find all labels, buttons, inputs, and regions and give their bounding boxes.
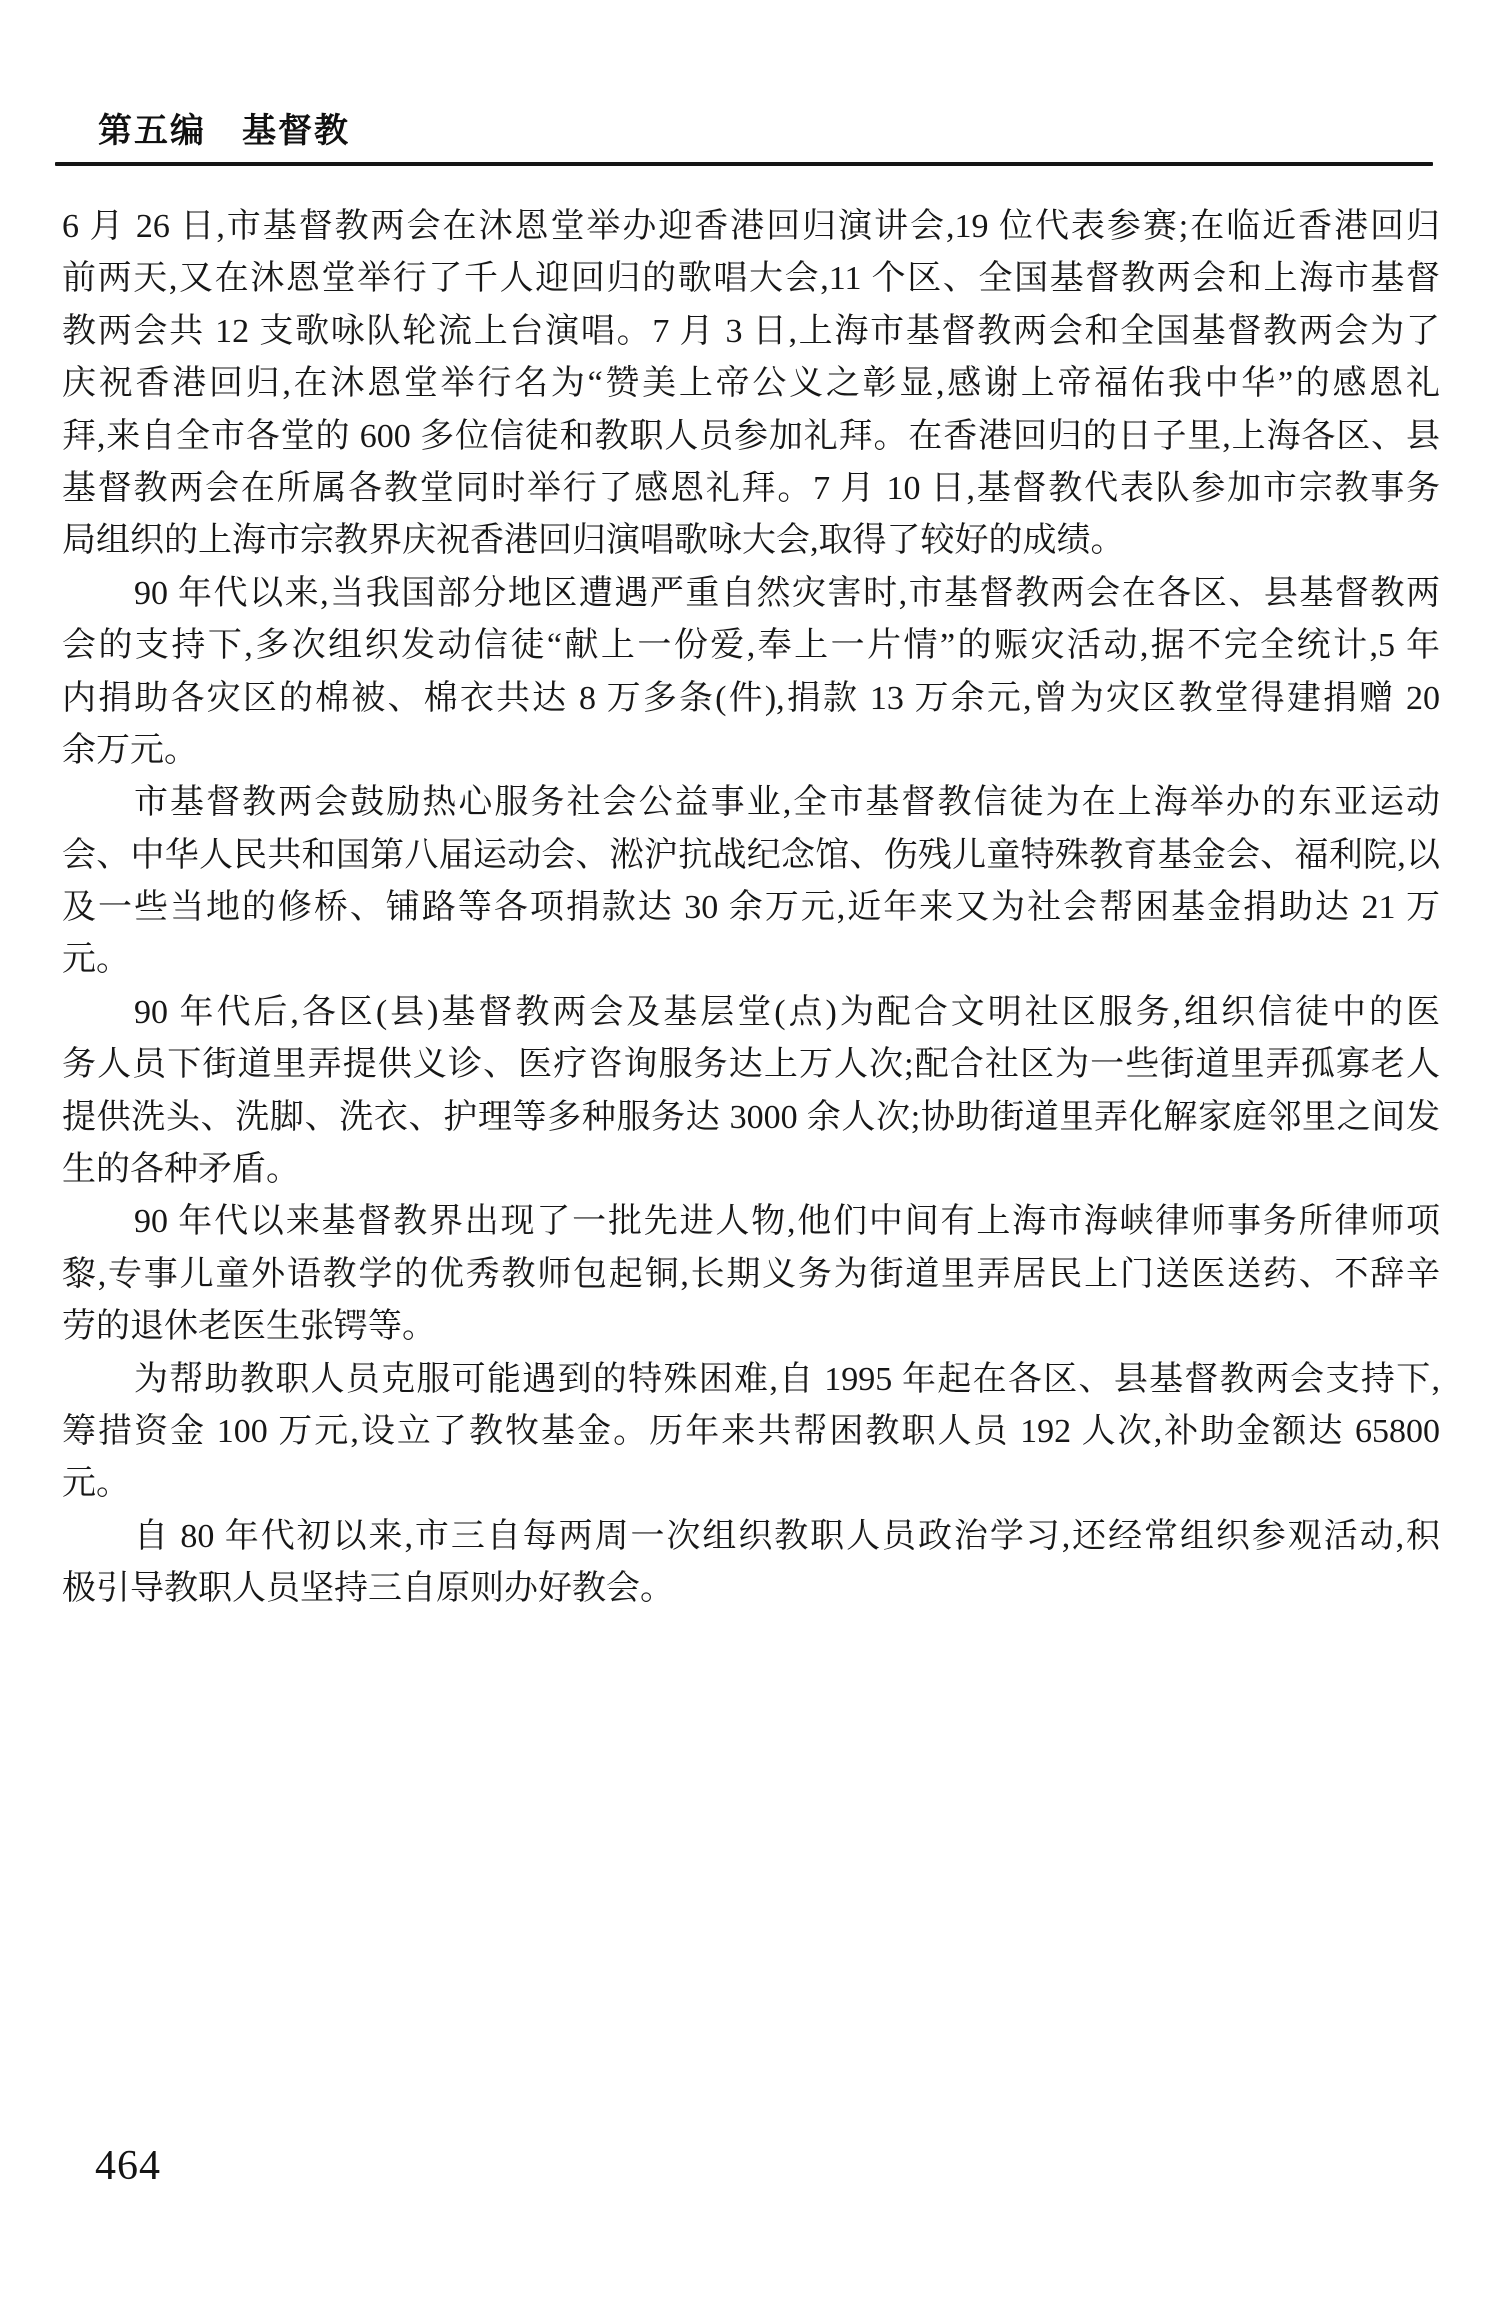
text-line: 提供洗头、洗脚、洗衣、护理等多种服务达 3000 余人次;协助街道里弄化解家庭邻… [62,1092,1440,1144]
running-header: 第五编 基督教 [98,112,350,152]
text-line: 90 年代后,各区(县)基督教两会及基层堂(点)为配合文明社区服务,组织信徒中的… [62,987,1440,1039]
text-line: 90 年代以来基督教界出现了一批先进人物,他们中间有上海市海峡律师事务所律师项 [62,1196,1440,1248]
text-line: 内捐助各灾区的棉被、棉衣共达 8 万多条(件),捐款 13 万余元,曾为灾区教堂… [62,673,1440,725]
text-line: 为帮助教职人员克服可能遇到的特殊困难,自 1995 年起在各区、县基督教两会支持… [62,1354,1440,1406]
text-line: 基督教两会在所属各教堂同时举行了感恩礼拜。7 月 10 日,基督教代表队参加市宗… [62,463,1440,515]
document-page: 第五编 基督教 6 月 26 日,市基督教两会在沐恩堂举办迎香港回归演讲会,19… [0,0,1500,2300]
text-line: 6 月 26 日,市基督教两会在沐恩堂举办迎香港回归演讲会,19 位代表参赛;在… [62,201,1440,253]
text-line: 及一些当地的修桥、铺路等各项捐款达 30 余万元,近年来又为社会帮困基金捐助达 … [62,882,1440,934]
text-line: 会、中华人民共和国第八届运动会、淞沪抗战纪念馆、伤残儿童特殊教育基金会、福利院,… [62,830,1440,882]
text-line: 拜,来自全市各堂的 600 多位信徒和教职人员参加礼拜。在香港回归的日子里,上海… [62,411,1440,463]
text-line: 教两会共 12 支歌咏队轮流上台演唱。7 月 3 日,上海市基督教两会和全国基督… [62,306,1440,358]
body-text: 6 月 26 日,市基督教两会在沐恩堂举办迎香港回归演讲会,19 位代表参赛;在… [62,201,1440,1616]
text-line: 务人员下街道里弄提供义诊、医疗咨询服务达上万人次;配合社区为一些街道里弄孤寡老人 [62,1039,1440,1091]
text-line: 生的各种矛盾。 [62,1144,1440,1196]
page-number: 464 [95,2143,161,2189]
text-line: 90 年代以来,当我国部分地区遭遇严重自然灾害时,市基督教两会在各区、县基督教两 [62,568,1440,620]
text-line: 自 80 年代初以来,市三自每两周一次组织教职人员政治学习,还经常组织参观活动,… [62,1511,1440,1563]
text-line: 庆祝香港回归,在沐恩堂举行名为“赞美上帝公义之彰显,感谢上帝福佑我中华”的感恩礼 [62,358,1440,410]
text-line: 局组织的上海市宗教界庆祝香港回归演唱歌咏大会,取得了较好的成绩。 [62,515,1440,567]
text-line: 前两天,又在沐恩堂举行了千人迎回归的歌唱大会,11 个区、全国基督教两会和上海市… [62,253,1440,305]
text-line: 余万元。 [62,725,1440,777]
text-line: 市基督教两会鼓励热心服务社会公益事业,全市基督教信徒为在上海举办的东亚运动 [62,777,1440,829]
text-line: 元。 [62,934,1440,986]
text-line: 会的支持下,多次组织发动信徒“献上一份爱,奉上一片情”的赈灾活动,据不完全统计,… [62,620,1440,672]
text-line: 劳的退休老医生张锷等。 [62,1301,1440,1353]
header-rule [55,162,1433,166]
text-line: 筹措资金 100 万元,设立了教牧基金。历年来共帮困教职人员 192 人次,补助… [62,1406,1440,1458]
text-line: 黎,专事儿童外语教学的优秀教师包起铜,长期义务为街道里弄居民上门送医送药、不辞辛 [62,1249,1440,1301]
text-line: 极引导教职人员坚持三自原则办好教会。 [62,1563,1440,1615]
text-line: 元。 [62,1458,1440,1510]
